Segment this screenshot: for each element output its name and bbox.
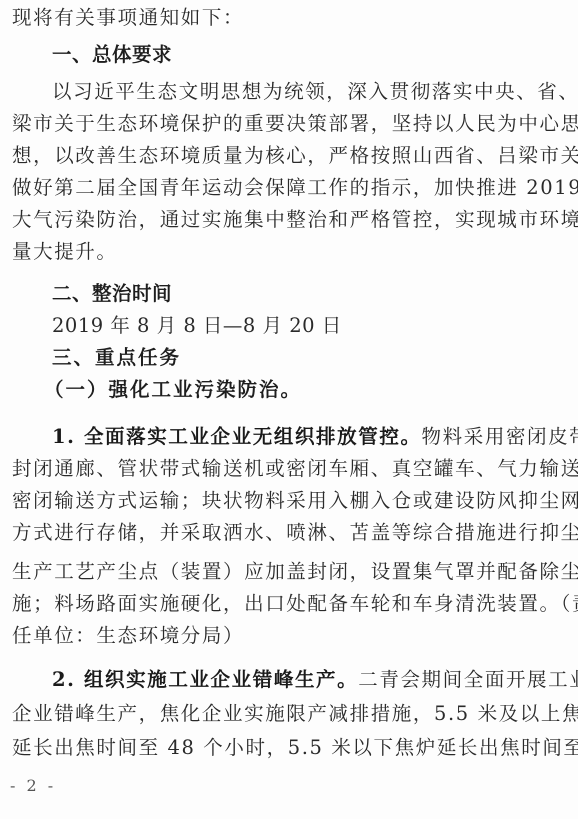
paragraph-line: 大气污染防治，通过实施集中整治和严格管控，实现城市环境质	[12, 208, 566, 232]
subsection-1-heading: （一）强化工业污染防治。	[44, 378, 564, 402]
section-3-heading: 三、重点任务	[52, 346, 566, 370]
document-page: 现将有关事项通知如下： 一、总体要求 以习近平生态文明思想为统领，深入贯彻落实中…	[0, 0, 578, 819]
item-1-text: 物料采用密闭皮带、	[422, 425, 578, 448]
paragraph-line: 施；料场路面实施硬化，出口处配备车轮和车身清洗装置。（责	[12, 592, 566, 616]
item-2-first-line: 2. 组织实施工业企业错峰生产。二青会期间全面开展工业	[52, 668, 566, 692]
paragraph-line: 密闭输送方式运输；块状物料采用入棚入仓或建设防风抑尘网等	[12, 489, 566, 513]
paragraph-line: 方式进行存储，并采取洒水、喷淋、苫盖等综合措施进行抑尘。	[12, 521, 566, 545]
paragraph-line: 生产工艺产尘点（装置）应加盖封闭，设置集气罩并配备除尘设	[12, 560, 566, 584]
item-1-title: 1. 全面落实工业企业无组织排放管控。	[52, 425, 422, 448]
paragraph-line: 以习近平生态文明思想为统领，深入贯彻落实中央、省、吕	[52, 80, 566, 104]
paragraph-line: 想，以改善生态环境质量为核心，严格按照山西省、吕梁市关于	[12, 144, 566, 168]
item-2-title: 2. 组织实施工业企业错峰生产。	[52, 668, 358, 691]
section-1-heading: 一、总体要求	[52, 43, 566, 67]
intro-text: 现将有关事项通知如下：	[12, 6, 566, 30]
paragraph-line: 企业错峰生产，焦化企业实施限产减排措施，5.5 米及以上焦炉	[12, 702, 566, 726]
paragraph-line: 任单位：生态环境分局）	[12, 624, 566, 648]
paragraph-line: 延长出焦时间至 48 个小时，5.5 米以下焦炉延长出焦时间至 56	[12, 736, 566, 760]
paragraph-line: 封闭通廊、管状带式输送机或密闭车厢、真空罐车、气力输送等	[12, 457, 566, 481]
section-2-heading: 二、整治时间	[52, 282, 566, 306]
paragraph-line: 梁市关于生态环境保护的重要决策部署，坚持以人民为中心思	[12, 112, 566, 136]
page-number: - 2 -	[10, 776, 56, 795]
item-2-text: 二青会期间全面开展工业	[358, 668, 578, 691]
rectification-period: 2019 年 8 月 8 日—8 月 20 日	[52, 314, 566, 338]
paragraph-line: 量大提升。	[12, 240, 566, 264]
item-1-first-line: 1. 全面落实工业企业无组织排放管控。物料采用密闭皮带、	[52, 425, 566, 449]
paragraph-line: 做好第二届全国青年运动会保障工作的指示，加快推进 2019 年	[12, 176, 566, 200]
